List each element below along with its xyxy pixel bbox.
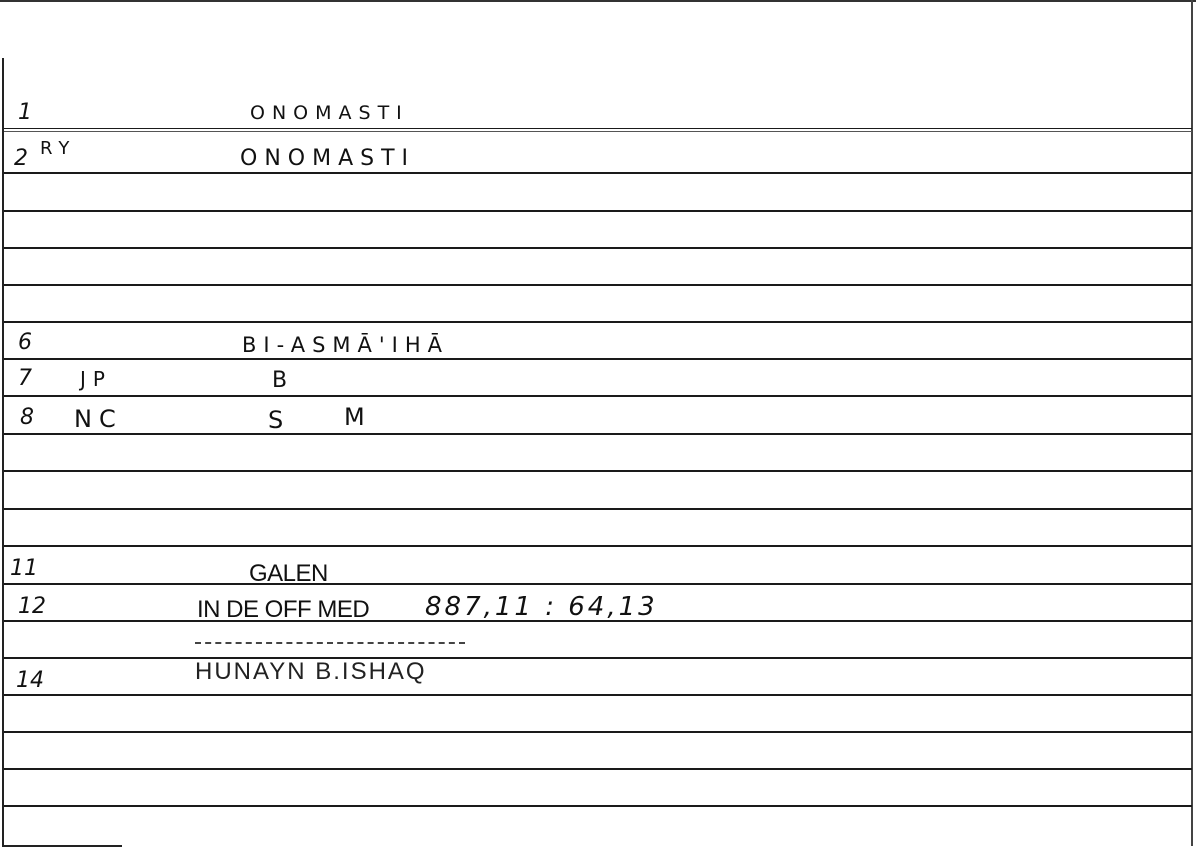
row-12-text: IN DE OFF MED — [197, 596, 369, 624]
row-6-text: BI-ASMĀ'IHĀ — [242, 333, 449, 357]
ruled-line — [4, 545, 1192, 547]
ruled-line — [4, 395, 1192, 397]
row-2-text: ONOMASTI — [240, 146, 415, 171]
line-number-7: 7 — [18, 366, 32, 391]
line-number-6: 6 — [18, 330, 32, 355]
line-number-2: 2 — [14, 146, 28, 171]
card-bottom-edge — [2, 845, 122, 847]
ruled-line — [4, 508, 1192, 510]
row-12-reference: 887,11 : 64,13 — [425, 592, 658, 622]
row-1-text: ONOMASTI — [250, 102, 409, 124]
ruled-line — [4, 805, 1192, 807]
card-top-edge — [0, 0, 1196, 2]
line-number-11: 11 — [10, 556, 38, 581]
row-2-code: RY — [40, 138, 76, 159]
index-card: 1 ONOMASTI 2 RY ONOMASTI 6 BI-ASMĀ'IHĀ 7… — [0, 0, 1200, 854]
ruled-line — [4, 210, 1192, 212]
ruled-line — [4, 433, 1192, 435]
ruled-line — [4, 657, 1192, 659]
ruled-line — [4, 358, 1192, 360]
row-8-text2: M — [344, 403, 372, 431]
ruled-line — [4, 247, 1192, 249]
strike-overline — [195, 642, 465, 645]
ruled-line — [4, 731, 1192, 733]
ruled-line — [4, 321, 1192, 323]
ruled-line — [4, 172, 1192, 174]
card-right-edge — [1191, 0, 1193, 846]
line-number-8: 8 — [20, 405, 34, 430]
ruled-line — [4, 284, 1192, 286]
card-left-edge — [2, 58, 4, 846]
row-7-code: JP — [80, 367, 112, 391]
ruled-line — [4, 768, 1192, 770]
ruled-line — [4, 583, 1192, 585]
row-8-text: S — [268, 406, 290, 434]
ruled-line — [4, 470, 1192, 472]
ruled-line — [4, 694, 1192, 696]
row-11-text: GALEN — [249, 560, 328, 588]
line-number-14: 14 — [16, 668, 44, 693]
row-7-text: B — [272, 368, 294, 393]
row-14-text: HUNAYN B.ISHAQ — [195, 658, 427, 686]
row-8-code: NC — [74, 405, 123, 433]
ruled-line — [4, 128, 1192, 129]
line-number-12: 12 — [18, 594, 46, 619]
line-number-1: 1 — [18, 100, 32, 125]
